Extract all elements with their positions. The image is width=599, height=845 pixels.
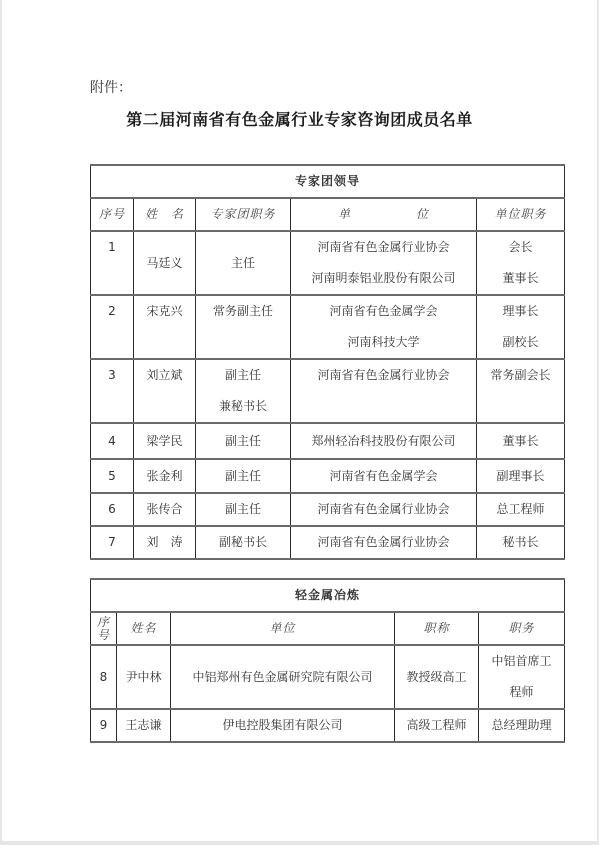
row-position: 副理事长 xyxy=(477,459,565,493)
header-position: 单位职务 xyxy=(477,198,565,231)
row-name: 宋克兴 xyxy=(134,295,196,359)
row-no: 5 xyxy=(91,459,134,493)
row-unit: 伊电控股集团有限公司 xyxy=(171,709,395,742)
position-line: 会长 xyxy=(477,232,564,263)
unit-line: 河南明泰铝业股份有限公司 xyxy=(291,263,476,294)
position-line: 副校长 xyxy=(477,327,564,358)
row-no: 6 xyxy=(91,493,134,526)
row-name: 刘立斌 xyxy=(134,359,196,423)
row-name: 张金利 xyxy=(134,459,196,493)
position-line: 程师 xyxy=(479,677,564,708)
header-no: 序号 xyxy=(91,198,134,231)
row-no: 2 xyxy=(91,295,134,359)
row-position: 董事长 xyxy=(477,423,565,459)
attachment-label: 附件： xyxy=(90,77,132,97)
row-name: 梁学民 xyxy=(134,423,196,459)
table-row: 2 宋克兴 常务副主任 河南省有色金属学会河南科技大学 理事长副校长 xyxy=(91,295,565,359)
row-role: 副主任 xyxy=(196,423,291,459)
row-no: 3 xyxy=(91,359,134,423)
position-line: 中铝首席工 xyxy=(479,646,564,677)
row-name: 刘 涛 xyxy=(134,526,196,559)
row-role: 常务副主任 xyxy=(196,295,291,359)
row-role: 主任 xyxy=(196,231,291,295)
row-title: 教授级高工 xyxy=(395,645,479,709)
row-no: 8 xyxy=(91,645,117,709)
row-name: 张传合 xyxy=(134,493,196,526)
unit-line: 河南省有色金属行业协会 xyxy=(291,232,476,263)
row-position: 常务副会长 xyxy=(477,359,565,423)
row-unit: 中铝郑州有色金属研究院有限公司 xyxy=(171,645,395,709)
row-position: 总工程师 xyxy=(477,493,565,526)
position-line: 董事长 xyxy=(477,263,564,294)
row-unit: 郑州轻冶科技股份有限公司 xyxy=(291,423,477,459)
section-title: 轻金属冶炼 xyxy=(91,579,565,612)
table-row: 3 刘立斌 副主任兼秘书长 河南省有色金属行业协会 常务副会长 xyxy=(91,359,565,423)
row-no: 7 xyxy=(91,526,134,559)
row-unit: 河南省有色金属行业协会 xyxy=(291,526,477,559)
light-metal-smelting-table: 轻金属冶炼 序号 姓名 单位 职称 职务 8 尹中林 中铝郑州有色金属研究院有限… xyxy=(90,578,565,743)
row-name: 马廷义 xyxy=(134,231,196,295)
document-title: 第二届河南省有色金属行业专家咨询团成员名单 xyxy=(0,107,599,130)
row-position: 总经理助理 xyxy=(479,709,565,742)
table-row: 1 马廷义 主任 河南省有色金属行业协会河南明泰铝业股份有限公司 会长董事长 xyxy=(91,231,565,295)
row-position: 秘书长 xyxy=(477,526,565,559)
leadership-table: 专家团领导 序号 姓 名 专家团职务 单 位 单位职务 1 马廷义 主任 河南省… xyxy=(90,164,565,560)
row-position: 中铝首席工程师 xyxy=(479,645,565,709)
section-title: 专家团领导 xyxy=(91,165,565,198)
row-no: 9 xyxy=(91,709,117,742)
row-no: 1 xyxy=(91,231,134,295)
row-unit: 河南省有色金属行业协会 xyxy=(291,359,477,423)
table-row: 8 尹中林 中铝郑州有色金属研究院有限公司 教授级高工 中铝首席工程师 xyxy=(91,645,565,709)
role-line: 副主任 xyxy=(196,360,290,391)
table-row: 5 张金利 副主任 河南省有色金属学会 副理事长 xyxy=(91,459,565,493)
table-row: 7 刘 涛 副秘书长 河南省有色金属行业协会 秘书长 xyxy=(91,526,565,559)
row-role: 副主任 xyxy=(196,459,291,493)
header-no: 序号 xyxy=(91,612,117,645)
unit-line: 河南省有色金属学会 xyxy=(291,296,476,327)
table-header-row: 序号 姓名 单位 职称 职务 xyxy=(91,612,565,645)
row-position: 理事长副校长 xyxy=(477,295,565,359)
row-title: 高级工程师 xyxy=(395,709,479,742)
table-row: 4 梁学民 副主任 郑州轻冶科技股份有限公司 董事长 xyxy=(91,423,565,459)
header-unit: 单位 xyxy=(171,612,395,645)
header-position: 职务 xyxy=(479,612,565,645)
header-name: 姓名 xyxy=(117,612,171,645)
row-role: 副主任 xyxy=(196,493,291,526)
row-no: 4 xyxy=(91,423,134,459)
header-unit: 单 位 xyxy=(291,198,477,231)
unit-line: 河南科技大学 xyxy=(291,327,476,358)
position-line: 理事长 xyxy=(477,296,564,327)
row-position: 会长董事长 xyxy=(477,231,565,295)
row-unit: 河南省有色金属学会河南科技大学 xyxy=(291,295,477,359)
row-unit: 河南省有色金属学会 xyxy=(291,459,477,493)
row-name: 王志谦 xyxy=(117,709,171,742)
row-role: 副秘书长 xyxy=(196,526,291,559)
row-name: 尹中林 xyxy=(117,645,171,709)
header-role: 专家团职务 xyxy=(196,198,291,231)
header-name: 姓 名 xyxy=(134,198,196,231)
table-row: 9 王志谦 伊电控股集团有限公司 高级工程师 总经理助理 xyxy=(91,709,565,742)
row-unit: 河南省有色金属行业协会 xyxy=(291,493,477,526)
row-unit: 河南省有色金属行业协会河南明泰铝业股份有限公司 xyxy=(291,231,477,295)
header-title: 职称 xyxy=(395,612,479,645)
row-role: 副主任兼秘书长 xyxy=(196,359,291,423)
role-line: 兼秘书长 xyxy=(196,391,290,422)
table-row: 6 张传合 副主任 河南省有色金属行业协会 总工程师 xyxy=(91,493,565,526)
table-header-row: 序号 姓 名 专家团职务 单 位 单位职务 xyxy=(91,198,565,231)
